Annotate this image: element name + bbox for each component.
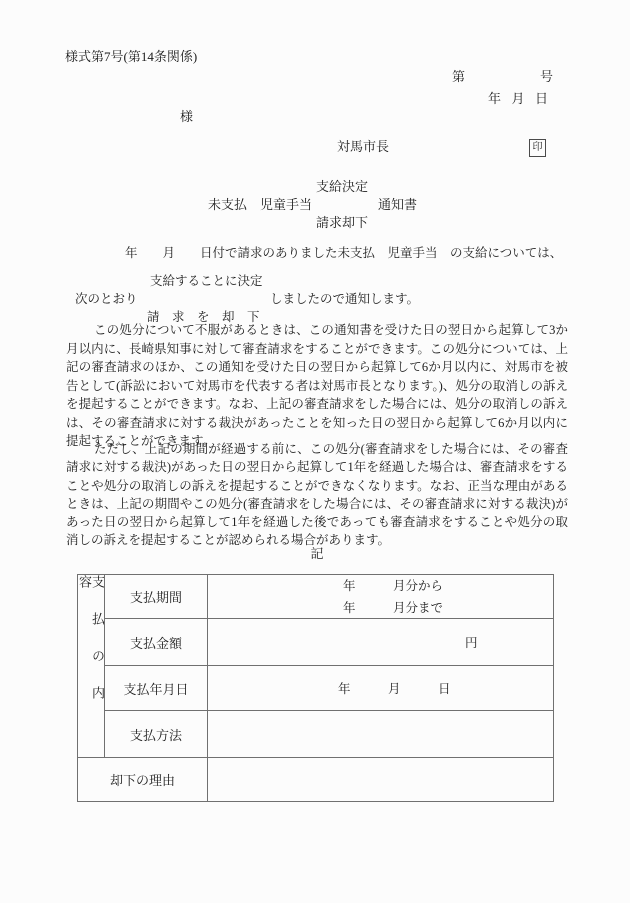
payment-period-from: 年 月分から: [343, 575, 553, 597]
title-main-left: 未支払 児童手当: [208, 194, 312, 213]
label-payment-method: 支払方法: [105, 711, 208, 758]
issue-date-line: 年 月 日: [488, 88, 548, 107]
value-payment-date: 年 月 日: [208, 666, 553, 711]
decision-suffix: しましたので通知します。: [270, 289, 419, 307]
payment-period-to: 年 月分まで: [343, 597, 553, 619]
request-date-line: 年 月 日付で請求のありました未支払 児童手当 の支給については、: [125, 243, 562, 261]
date-year-label: 年: [488, 88, 501, 107]
title-option-reject: 請求却下: [316, 212, 368, 231]
payment-details-table: 支払の内容 支払期間 年 月分から 年 月分まで 支払金額 円 支払年月日 年 …: [77, 574, 554, 802]
issuer-name: 対馬市長: [337, 136, 389, 155]
document-number-prefix: 第: [452, 66, 465, 85]
decision-option-grant: 支給することに決定: [150, 271, 263, 289]
payment-amount-unit: 円: [465, 633, 478, 651]
title-option-grant: 支給決定: [316, 176, 368, 195]
addressee-suffix: 様: [180, 106, 193, 125]
document-number-suffix: 号: [540, 66, 553, 85]
title-main-right: 通知書: [378, 194, 417, 213]
decision-prefix: 次のとおり: [75, 289, 138, 307]
seal-character: 印: [533, 143, 543, 153]
form-number: 様式第7号(第14条関係): [65, 46, 197, 65]
label-payment-date: 支払年月日: [105, 666, 208, 711]
date-day-label: 日: [535, 88, 548, 107]
label-payment-amount: 支払金額: [105, 619, 208, 666]
table-group-header-payment-contents: 支払の内容: [78, 575, 105, 758]
date-month-label: 月: [511, 88, 524, 107]
value-payment-amount: 円: [208, 619, 553, 666]
value-rejection-reason: [208, 758, 553, 801]
payment-date-placeholders: 年 月 日: [338, 679, 451, 697]
appeal-instructions-paragraph: この処分について不服があるときは、この通知書を受けた日の翌日から起算して3か月以…: [66, 321, 568, 451]
ki-marker: 記: [66, 543, 568, 562]
appeal-deadline-paragraph: ただし、上記の期間が経過する前に、この処分(審査請求をした場合には、その審査請求…: [66, 440, 568, 550]
label-payment-period: 支払期間: [105, 575, 208, 619]
label-rejection-reason: 却下の理由: [78, 758, 208, 801]
document-number-line: 第 号: [452, 66, 553, 85]
value-payment-method: [208, 711, 553, 758]
seal-mark-icon: 印: [529, 139, 546, 157]
notice-document-page: 様式第7号(第14条関係) 第 号 年 月 日 様 対馬市長 印 支給決定 未支…: [0, 0, 630, 903]
value-payment-period: 年 月分から 年 月分まで: [208, 575, 553, 619]
